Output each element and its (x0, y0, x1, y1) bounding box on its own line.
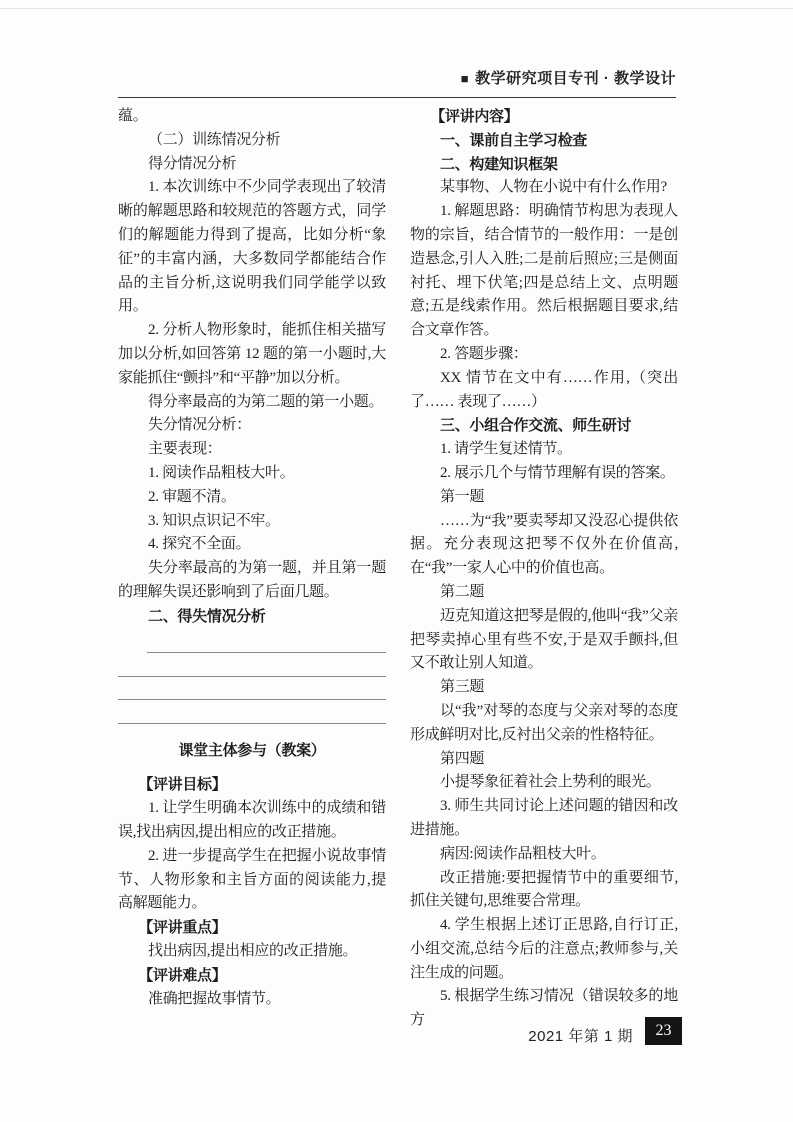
bracket-heading: 【评讲重点】 (118, 916, 386, 940)
list-item: 3. 知识点识记不牢。 (118, 510, 386, 534)
paragraph: 3. 师生共同讨论上述问题的错因和改进措施。 (410, 795, 678, 843)
section-heading: 二、构建知识框架 (410, 153, 678, 177)
list-item: 4. 探究不全面。 (118, 533, 386, 557)
list-item: 1. 阅读作品粗枝大叶。 (118, 462, 386, 486)
journal-header-title: 教学研究项目专刊 · 教学设计 (475, 70, 676, 87)
paragraph: 准确把握故事情节。 (118, 988, 386, 1012)
paragraph-continuation: 蕴。 (118, 105, 386, 129)
paragraph: 1. 本次训练中不少同学表现出了较清晰的解题思路和较规范的答题方式，同学们的解题… (118, 176, 386, 319)
page-content: 蕴。 （二）训练情况分析 得分情况分析 1. 本次训练中不少同学表现出了较清晰的… (118, 105, 678, 1033)
question-label: 第二题 (410, 581, 678, 605)
page-number-badge: 23 (645, 1017, 682, 1045)
paragraph: 1. 让学生明确本次训练中的成绩和错误,找出病因,提出相应的改正措施。 (118, 797, 386, 845)
paragraph: 1. 解题思路：明确情节构思为表现人物的宗旨，结合情节的一般作用：一是创造悬念,… (410, 200, 678, 343)
bracket-heading: 【评讲内容】 (410, 105, 678, 129)
section-heading: 一、课前自主学习检查 (410, 129, 678, 153)
bracket-heading: 【评讲目标】 (118, 773, 386, 797)
paragraph: 2. 答题步骤： (410, 343, 678, 367)
fill-in-blank-line (147, 630, 386, 654)
paragraph: 迈克知道这把琴是假的,他叫“我”父亲把琴卖掉心里有些不安,于是双手颤抖,但又不敢… (410, 605, 678, 676)
paragraph: 失分率最高的为第一题，并且第一题的理解失误还影响到了后面几题。 (118, 557, 386, 605)
paragraph: 小提琴象征着社会上势利的眼光。 (410, 771, 678, 795)
journal-header: ■教学研究项目专刊 · 教学设计 (118, 70, 676, 88)
list-item: 2. 审题不清。 (118, 486, 386, 510)
section-heading: 二、得失情况分析 (118, 605, 386, 629)
paragraph: 4. 学生根据上述订正思路,自行订正,小组交流,总结今后的注意点;教师参与,关注… (410, 914, 678, 985)
scan-edge (0, 8, 793, 9)
question-label: 第四题 (410, 748, 678, 772)
list-item: 1. 请学生复述情节。 (410, 438, 678, 462)
footer-issue: 2021 年第 1 期 (0, 1025, 633, 1046)
paragraph: 改正措施:要把握情节中的重要细节,抓住关键句,思维要合常理。 (410, 867, 678, 915)
column-right: 【评讲内容】 一、课前自主学习检查 二、构建知识框架 某事物、人物在小说中有什么… (410, 105, 678, 1033)
paragraph: 病因:阅读作品粗枝大叶。 (410, 843, 678, 867)
paragraph: 2. 进一步提高学生在把握小说故事情节、人物形象和主旨方面的阅读能力,提高解题能… (118, 845, 386, 916)
fill-in-blank-line (118, 700, 386, 724)
lesson-plan-title: 课堂主体参与（教案） (118, 739, 386, 763)
section-heading: 三、小组合作交流、师生研讨 (410, 414, 678, 438)
section-marker-icon: ■ (461, 71, 469, 86)
paragraph: 找出病因,提出相应的改正措施。 (118, 940, 386, 964)
paragraph: XX 情节在文中有……作用,（突出了…… 表现了……） (410, 367, 678, 415)
fill-in-blank-line (118, 653, 386, 677)
paragraph: 以“我”对琴的态度与父亲对琴的态度形成鲜明对比,反衬出父亲的性格特征。 (410, 700, 678, 748)
paragraph: ……为“我”要卖琴却又没忍心提供依据。充分表现这把琴不仅外在价值高,在“我”一家… (410, 510, 678, 581)
paragraph: 失分情况分析： (118, 414, 386, 438)
paragraph: 2. 分析人物形象时，能抓住相关描写加以分析,如回答第 12 题的第一小题时,大… (118, 319, 386, 390)
page-number: 23 (656, 1022, 672, 1040)
question-label: 第三题 (410, 676, 678, 700)
fill-in-blanks (118, 630, 386, 724)
subsection-heading: 得分情况分析 (118, 153, 386, 177)
question-label: 第一题 (410, 486, 678, 510)
subsection-heading: （二）训练情况分析 (118, 129, 386, 153)
paragraph: 主要表现： (118, 438, 386, 462)
list-item: 2. 展示几个与情节理解有误的答案。 (410, 462, 678, 486)
paragraph: 得分率最高的为第二题的第一小题。 (118, 391, 386, 415)
column-left: 蕴。 （二）训练情况分析 得分情况分析 1. 本次训练中不少同学表现出了较清晰的… (118, 105, 386, 1033)
fill-in-blank-line (118, 677, 386, 701)
bracket-heading: 【评讲难点】 (118, 964, 386, 988)
header-rule (118, 97, 676, 98)
paragraph: 某事物、人物在小说中有什么作用? (410, 176, 678, 200)
